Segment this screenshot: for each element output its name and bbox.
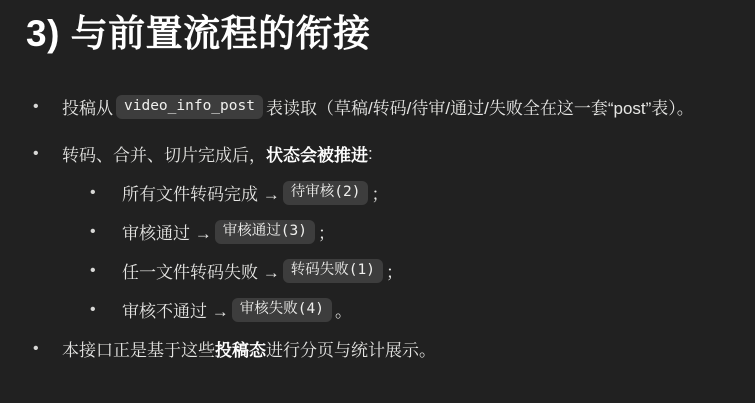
- sub-bullet-text-post: 。: [335, 297, 352, 322]
- bullet-icon: •: [33, 146, 62, 162]
- sub-bullet-text-post: ；: [386, 258, 403, 283]
- page-title: 3) 与前置流程的衔接: [0, 0, 755, 56]
- sub-bullet-text-pre: 审核通过 →: [122, 219, 212, 244]
- bullet-text-pre: 投稿从: [62, 94, 113, 119]
- bullet-text-post: 表读取（草稿/转码/待审/通过/失败全在这一套“post”表）。: [266, 94, 694, 119]
- bullet-item-status-advance: • 转码、合并、切片完成后， 状态会被推进 :: [0, 134, 755, 173]
- sub-bullet-review-passed: • 审核通过 → 审核通过(3) ；: [0, 212, 755, 251]
- bullet-text-pre: 转码、合并、切片完成后，: [62, 141, 266, 166]
- status-badge-review-failed: 审核失败(4): [232, 298, 332, 322]
- bullet-text-post: 进行分页与统计展示。: [266, 336, 436, 361]
- bullet-icon: •: [90, 263, 122, 279]
- sub-bullet-review-failed: • 审核不通过 → 审核失败(4) 。: [0, 290, 755, 329]
- bullet-item-source-table: • 投稿从 video_info_post 表读取（草稿/转码/待审/通过/失败…: [0, 87, 755, 126]
- sub-bullet-text-pre: 所有文件转码完成 →: [122, 180, 280, 205]
- bullet-text-post: :: [368, 144, 373, 164]
- code-badge-table-name: video_info_post: [116, 95, 263, 119]
- bullet-text-bold: 状态会被推进: [266, 141, 368, 166]
- sub-bullet-transcode-failed: • 任一文件转码失败 → 转码失败(1) ；: [0, 251, 755, 290]
- document-page: 3) 与前置流程的衔接 • 投稿从 video_info_post 表读取（草稿…: [0, 0, 755, 403]
- bullet-item-api-usage: • 本接口正是基于这些 投稿态 进行分页与统计展示。: [0, 329, 755, 368]
- sub-bullet-transcode-done: • 所有文件转码完成 → 待审核(2) ；: [0, 173, 755, 212]
- sub-bullet-text-post: ；: [318, 219, 335, 244]
- bullet-text-bold: 投稿态: [215, 336, 266, 361]
- bullet-icon: •: [90, 224, 122, 240]
- status-badge-review-passed: 审核通过(3): [215, 220, 315, 244]
- status-badge-pending-review: 待审核(2): [283, 181, 369, 205]
- bullet-icon: •: [33, 341, 62, 357]
- sub-bullet-text-pre: 任一文件转码失败 →: [122, 258, 280, 283]
- bullet-icon: •: [33, 99, 62, 115]
- bullet-icon: •: [90, 302, 122, 318]
- bullet-list: • 投稿从 video_info_post 表读取（草稿/转码/待审/通过/失败…: [0, 87, 755, 368]
- bullet-text-pre: 本接口正是基于这些: [62, 336, 215, 361]
- sub-bullet-text-pre: 审核不通过 →: [122, 297, 229, 322]
- bullet-icon: •: [90, 185, 122, 201]
- sub-bullet-text-post: ；: [371, 180, 388, 205]
- status-badge-transcode-failed: 转码失败(1): [283, 259, 383, 283]
